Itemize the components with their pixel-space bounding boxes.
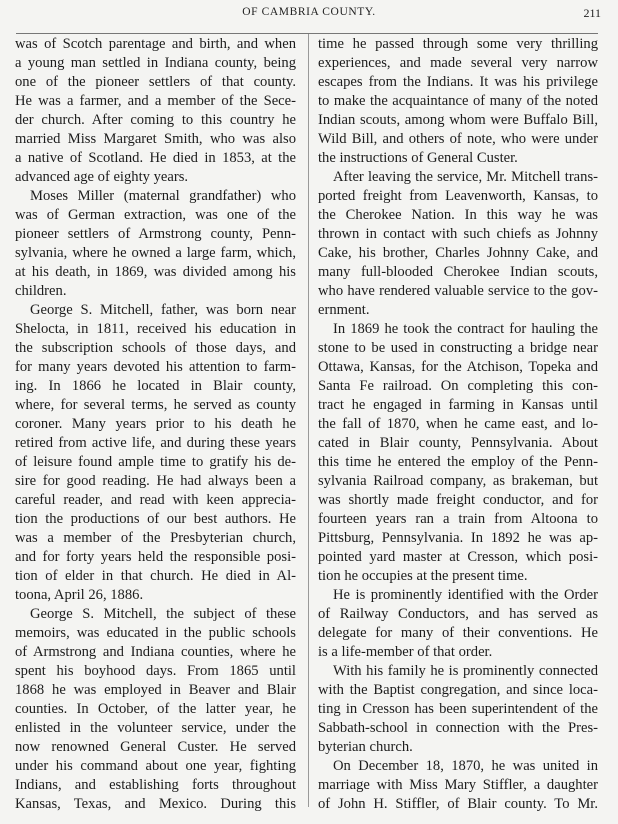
text-line: sire for good reading. He had always bee… — [15, 472, 296, 491]
text-line: He was a farmer, and a member of the Sec… — [15, 92, 296, 111]
text-line: was shortly made freight conductor, and … — [318, 491, 598, 510]
text-line: was a member of the Presbyterian church, — [15, 529, 296, 548]
text-line: pioneer settlers of Armstrong county, Pe… — [15, 225, 296, 244]
text-line: under his command about one year, fighti… — [15, 757, 296, 776]
text-line: ported freight from Leavenworth, Kansas,… — [318, 187, 598, 206]
text-line: marriage with Miss Mary Stiffler, a daug… — [318, 776, 598, 795]
left-column: was of Scotch parentage and birth, and w… — [15, 35, 296, 814]
text-line: Indian scouts, among whom were Buffalo B… — [318, 111, 598, 130]
text-line: is a life-member of that order. — [318, 643, 598, 662]
text-line: of Armstrong and Indiana counties, where… — [15, 643, 296, 662]
text-line: Ottawa, Kansas, for the Atchison, Topeka… — [318, 358, 598, 377]
text-line: Pittsburg, Pennsylvania. In 1892 he was … — [318, 529, 598, 548]
text-line: of John H. Stiffler, of Blair county. To… — [318, 795, 598, 814]
text-line: sylvania Railroad company, as brakeman, … — [318, 472, 598, 491]
text-line: careful reader, and read with keen appre… — [15, 491, 296, 510]
text-line: experiences, and made several very narro… — [318, 54, 598, 73]
text-line: was of Scotch parentage and birth, and w… — [15, 35, 296, 54]
text-line: the subscription schools of those days, … — [15, 339, 296, 358]
text-line: enlisted in the volunteer service, under… — [15, 719, 296, 738]
text-line: a young man settled in Indiana county, b… — [15, 54, 296, 73]
text-line: On December 18, 1870, he was united in — [318, 757, 598, 776]
text-line: thrown in contact with such chiefs as Jo… — [318, 225, 598, 244]
text-line: time he passed through some very thrilli… — [318, 35, 598, 54]
text-line: tion of elder in that church. He died in… — [15, 567, 296, 586]
text-line: at his death, in 1869, was divided among… — [15, 263, 296, 282]
running-title: OF CAMBRIA COUNTY. — [0, 6, 618, 18]
text-line: Wild Bill, and others of note, who were … — [318, 130, 598, 149]
text-line: He is prominently identified with the Or… — [318, 586, 598, 605]
text-line: advanced age of eighty years. — [15, 168, 296, 187]
text-line: 1868 he was employed in Beaver and Blair — [15, 681, 296, 700]
text-line: sylvania, where he owned a large farm, w… — [15, 244, 296, 263]
text-line: pointed yard master at Cresson, which po… — [318, 548, 598, 567]
text-line: the fall of 1870, when he came east, and… — [318, 415, 598, 434]
text-line: In 1869 he took the contract for hauling… — [318, 320, 598, 339]
text-line: children. — [15, 282, 296, 301]
page-number: 211 — [583, 6, 601, 21]
header-rule — [16, 33, 598, 34]
text-line: Moses Miller (maternal grandfather) who — [15, 187, 296, 206]
text-line: tion the productions of our best authors… — [15, 510, 296, 529]
text-line: of leisure found ample time to gratify h… — [15, 453, 296, 472]
text-line: Indians, and establishing forts througho… — [15, 776, 296, 795]
text-line: Shelocta, in 1811, received his educatio… — [15, 320, 296, 339]
text-line: ting in Cresson has been superintendent … — [318, 700, 598, 719]
text-line: der church. After coming to this country… — [15, 111, 296, 130]
text-line: retired from active life, and during the… — [15, 434, 296, 453]
text-line: where, for several terms, he served as c… — [15, 396, 296, 415]
text-line: Santa Fe railroad. On completing this co… — [318, 377, 598, 396]
text-line: cated in Blair county, Pennsylvania. Abo… — [318, 434, 598, 453]
text-line: for many years devoted his attention to … — [15, 358, 296, 377]
text-line: tion he occupies at the present time. — [318, 567, 598, 586]
text-line: married Miss Margaret Smith, who was als… — [15, 130, 296, 149]
text-line: byterian church. — [318, 738, 598, 757]
text-line: After leaving the service, Mr. Mitchell … — [318, 168, 598, 187]
column-divider — [308, 34, 309, 807]
text-line: toona, April 26, 1886. — [15, 586, 296, 605]
text-line: fourteen years ran a train from Altoona … — [318, 510, 598, 529]
text-line: and for forty years held the responsible… — [15, 548, 296, 567]
text-line: with the Baptist congregation, and since… — [318, 681, 598, 700]
text-line: Kansas, Texas, and Mexico. During this — [15, 795, 296, 814]
text-line: was of German extraction, was one of the — [15, 206, 296, 225]
text-line: spent his boyhood days. From 1865 until — [15, 662, 296, 681]
text-line: this time he entered the employ of the P… — [318, 453, 598, 472]
running-header: OF CAMBRIA COUNTY. 211 — [0, 5, 618, 21]
text-line: to make the acquaintance of many of the … — [318, 92, 598, 111]
book-page: OF CAMBRIA COUNTY. 211 was of Scotch par… — [0, 0, 618, 824]
text-line: now renowned General Custer. He served — [15, 738, 296, 757]
text-line: stone to be used in constructing a bridg… — [318, 339, 598, 358]
text-line: Cake, his brother, Charles Johnny Cake, … — [318, 244, 598, 263]
text-line: memoirs, was educated in the public scho… — [15, 624, 296, 643]
text-line: tract he engaged in farming in Kansas un… — [318, 396, 598, 415]
text-line: George S. Mitchell, the subject of these — [15, 605, 296, 624]
right-column: time he passed through some very thrilli… — [318, 35, 598, 814]
text-line: many full-blooded Cherokee Indian scouts… — [318, 263, 598, 282]
text-line: one of the pioneer settlers of that coun… — [15, 73, 296, 92]
text-line: of Railway Conductors, and has served as — [318, 605, 598, 624]
text-line: George S. Mitchell, father, was born nea… — [15, 301, 296, 320]
text-line: delegate for many of their conventions. … — [318, 624, 598, 643]
text-line: With his family he is prominently connec… — [318, 662, 598, 681]
text-line: a native of Scotland. He died in 1853, a… — [15, 149, 296, 168]
text-line: escapes from the Indians. It was his pri… — [318, 73, 598, 92]
text-line: who have rendered valuable service to th… — [318, 282, 598, 301]
text-line: counties. In October, of the latter year… — [15, 700, 296, 719]
text-line: the Cherokee Nation. In this way he was — [318, 206, 598, 225]
text-line: ing. In 1866 he located in Blair county, — [15, 377, 296, 396]
text-line: the instructions of General Custer. — [318, 149, 598, 168]
text-line: Sabbath-school in connection with the Pr… — [318, 719, 598, 738]
text-line: ernment. — [318, 301, 598, 320]
text-line: coroner. Many years prior to his death h… — [15, 415, 296, 434]
